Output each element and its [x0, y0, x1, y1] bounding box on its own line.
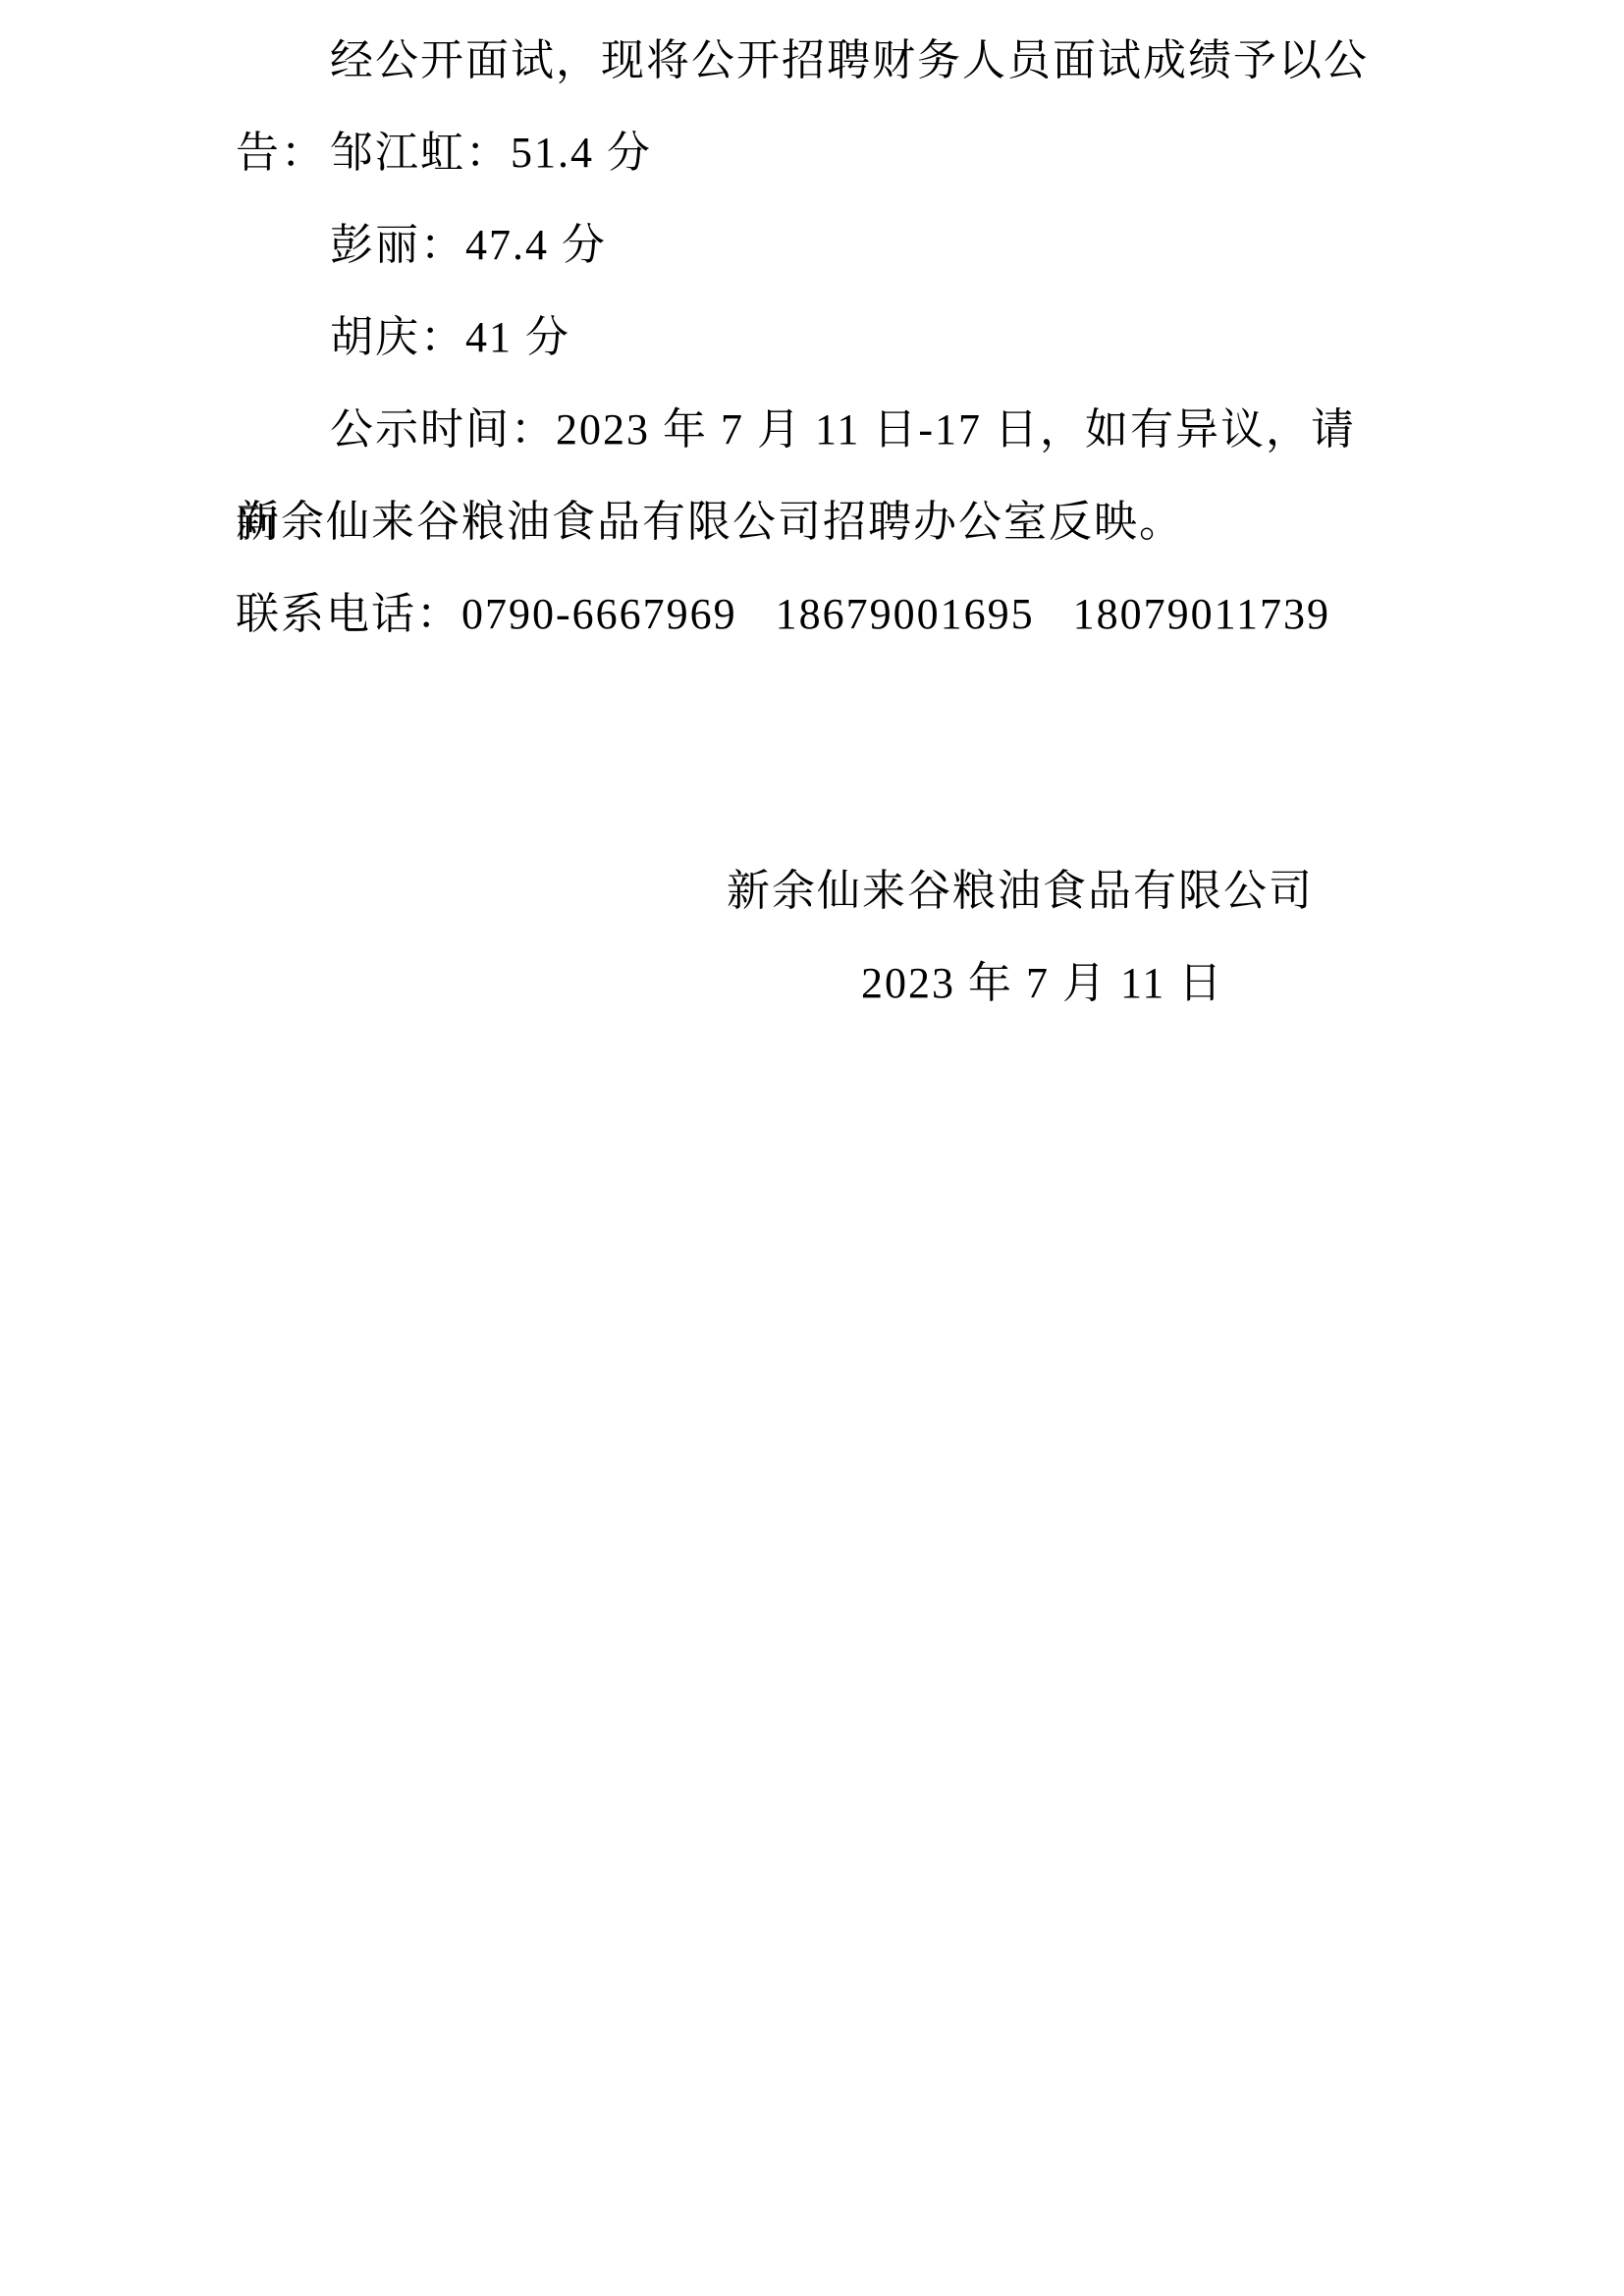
spacer: [236, 753, 1394, 845]
publicity-period-line-continued: 新余仙来谷粮油食品有限公司招聘办公室反映。: [236, 476, 1394, 568]
spacer: [236, 661, 1394, 753]
score-line-pengli: 彭丽：47.4 分: [236, 199, 1394, 292]
intro-line: 经公开面试，现将公开招聘财务人员面试成绩予以公告：: [236, 15, 1394, 107]
score-line-huqing: 胡庆：41 分: [236, 292, 1394, 384]
document-page: 经公开面试，现将公开招聘财务人员面试成绩予以公告： 邹江虹：51.4 分 彭丽：…: [0, 0, 1624, 2296]
announcement-body: 经公开面试，现将公开招聘财务人员面试成绩予以公告： 邹江虹：51.4 分 彭丽：…: [236, 15, 1394, 1030]
signature-date: 2023 年 7 月 11 日: [861, 937, 1394, 1030]
publicity-period-line: 公示时间：2023 年 7 月 11 日-17 日，如有异议，请向: [236, 384, 1394, 476]
score-line-zoujianghong: 邹江虹：51.4 分: [236, 107, 1394, 199]
signature-company: 新余仙来谷粮油食品有限公司: [727, 845, 1394, 937]
contact-phone-line: 联系电话：0790-6667969 18679001695 1807901173…: [236, 568, 1394, 661]
